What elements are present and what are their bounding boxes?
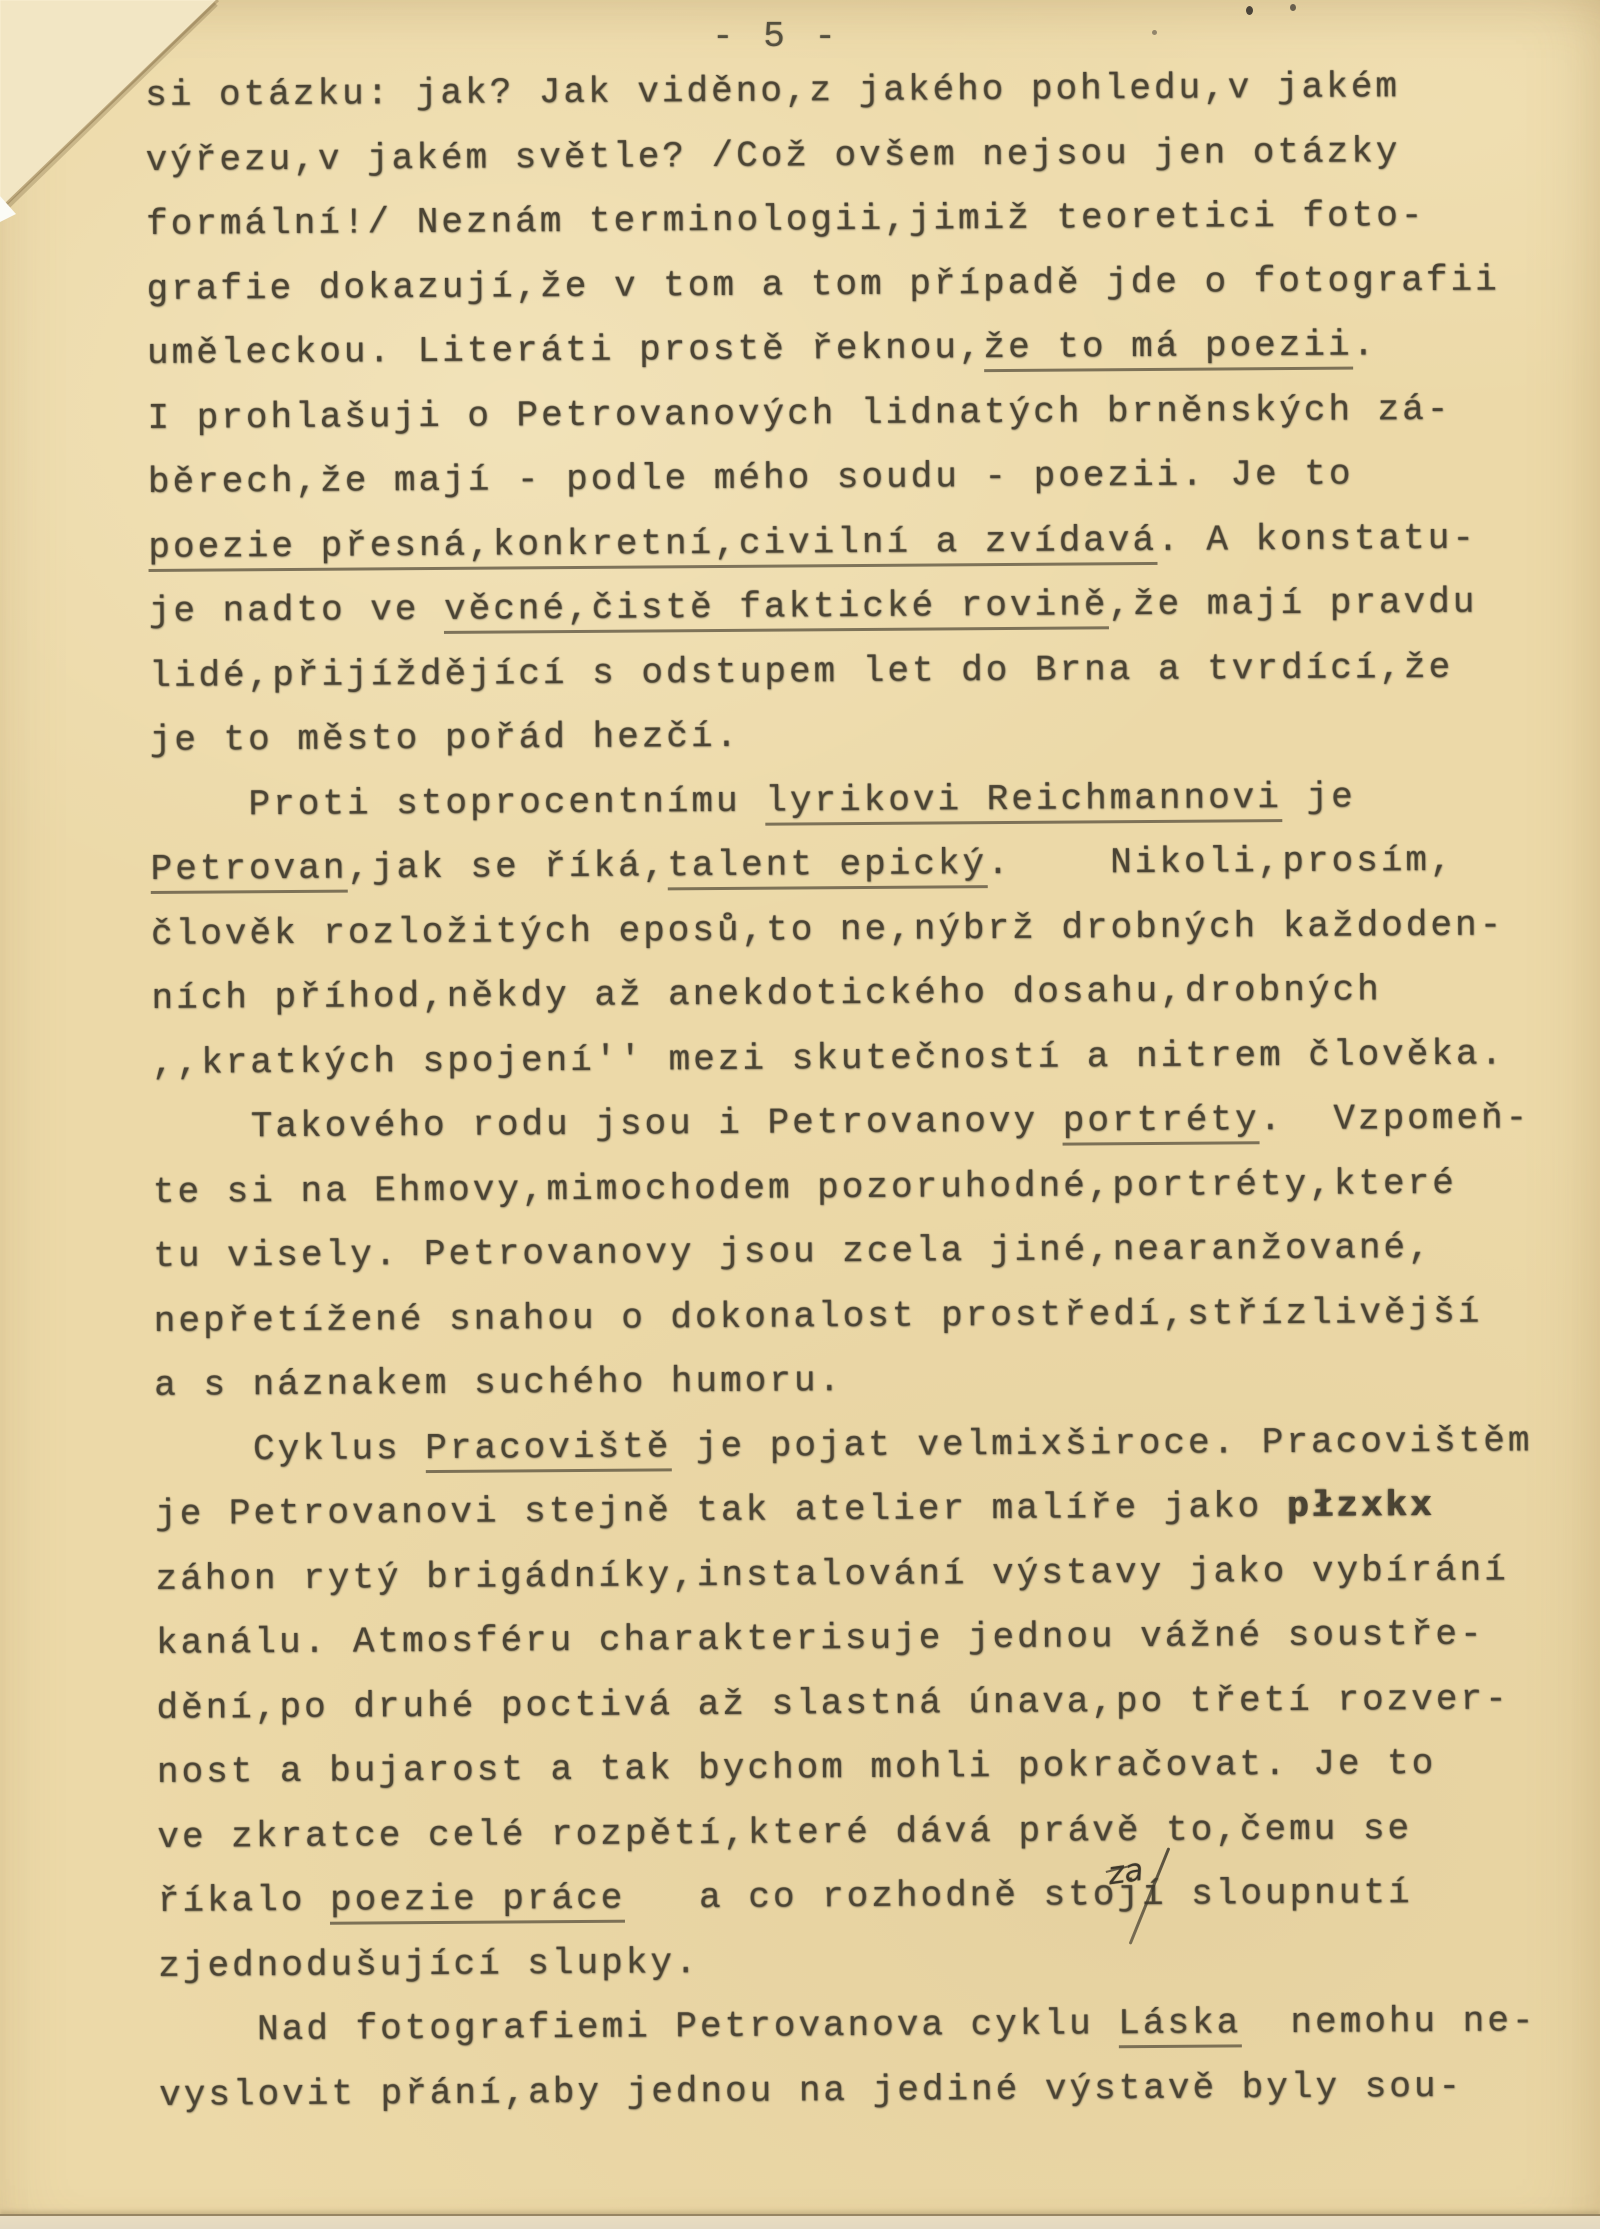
- underlined-phrase: talent epický: [667, 843, 987, 890]
- text-segment: je nadto ve: [149, 589, 445, 632]
- text-segment: nost a bujarost a tak bychom mohli pokra…: [157, 1743, 1437, 1793]
- text-segment: ,jak se říká,: [347, 845, 667, 888]
- text-segment: si otázku: jak? Jak viděno,z jakého pohl…: [145, 66, 1400, 116]
- text-line: Proti stoprocentnímu lyrikovi Reichmanno…: [150, 764, 1528, 838]
- text-line: nost a bujarost a tak bychom mohli pokra…: [157, 1731, 1535, 1805]
- text-line: Nad fotografiemi Petrovanova cyklu Láska…: [159, 1989, 1537, 2063]
- text-line: formální!/ Neznám terminologii,jimiž teo…: [146, 183, 1524, 257]
- underlined-phrase: věcné,čistě faktické rovině: [444, 584, 1109, 634]
- text-segment: běrech,že mají - podle mého soudu - poez…: [148, 454, 1354, 503]
- text-line: je Petrovanovi stejně tak atelier malíře…: [155, 1473, 1533, 1547]
- underlined-phrase: Petrovan: [150, 848, 347, 894]
- text-line: říkalo poezie práce a co rozhodně stojí …: [158, 1860, 1536, 1934]
- text-line: ve zkratce celé rozpětí,které dává právě…: [157, 1796, 1535, 1870]
- text-segment: Takového rodu jsou i Petrovanovy: [152, 1101, 1063, 1148]
- text-segment: člověk rozložitých eposů,to ne,nýbrž dro…: [151, 904, 1504, 954]
- text-segment: zjednodušující slupky.: [158, 1942, 700, 1987]
- text-segment: vyslovit přání,aby jednou na jediné výst…: [159, 2065, 1463, 2115]
- page-number: - 5 -: [712, 16, 840, 57]
- text-line: te si na Ehmovy,mimochodem pozoruhodné,p…: [153, 1151, 1531, 1225]
- text-segment: říkalo: [158, 1880, 331, 1922]
- text-segment: Cyklus: [155, 1428, 426, 1471]
- handwritten-insertion: za: [1096, 1840, 1216, 1960]
- text-segment: nepřetížené snahou o dokonalost prostřed…: [154, 1291, 1483, 1341]
- text-segment: nemohu ne-: [1241, 2000, 1537, 2043]
- text-segment: je pojat velmixširoce. Pracovištěm: [671, 1420, 1532, 1467]
- text-line: a s náznakem suchého humoru.: [154, 1344, 1532, 1418]
- underlined-phrase: že to má poezii: [983, 325, 1352, 373]
- paper-speck: [1152, 30, 1157, 35]
- underlined-phrase: portréty: [1063, 1099, 1260, 1145]
- text-line: zjednodušující slupky.: [158, 1925, 1536, 1999]
- underlined-phrase: poezie práce: [330, 1878, 626, 1925]
- text-line: běrech,že mají - podle mého soudu - poez…: [148, 441, 1526, 515]
- text-segment: kanálu. Atmosféru charakterisuje jednou …: [156, 1614, 1485, 1664]
- overtyped-struck-word: płzxkx: [1287, 1485, 1435, 1527]
- text-segment: I prohlašuji o Petrovanových lidnatých b…: [147, 388, 1451, 438]
- underlined-phrase: poezie přesná,konkretní,civilní a zvídav…: [148, 519, 1157, 571]
- text-segment: .: [1352, 324, 1377, 365]
- text-segment: grafie dokazují,že v tom a tom případě j…: [146, 259, 1499, 309]
- text-segment: výřezu,v jakém světle? /Což ovšem nejsou…: [146, 131, 1401, 181]
- underlying-sheet-edge: [0, 2214, 1600, 2229]
- text-segment: je: [1282, 776, 1356, 818]
- text-segment: . Vzpomeň-: [1259, 1097, 1530, 1140]
- text-segment: formální!/ Neznám terminologii,jimiž teo…: [146, 195, 1426, 245]
- text-line: I prohlašuji o Petrovanových lidnatých b…: [147, 377, 1525, 451]
- text-segment: ,,kratkých spojení'' mezi skutečností a …: [152, 1033, 1505, 1083]
- paper-speck: [1246, 6, 1253, 15]
- text-lines: si otázku: jak? Jak viděno,z jakého pohl…: [145, 54, 1537, 2128]
- text-segment: dění,po druhé poctivá až slastná únava,p…: [156, 1678, 1509, 1728]
- text-segment: ních příhod,někdy až anekdotického dosah…: [151, 969, 1381, 1019]
- text-line: je nadto ve věcné,čistě faktické rovině,…: [149, 570, 1527, 644]
- text-line: dění,po druhé poctivá až slastná únava,p…: [156, 1667, 1534, 1741]
- text-line: uměleckou. Literáti prostě řeknou,že to …: [147, 312, 1525, 386]
- text-segment: záhon rytý brigádníky,instalování výstav…: [155, 1549, 1508, 1599]
- text-line: nepřetížené snahou o dokonalost prostřed…: [154, 1280, 1532, 1354]
- insertion-text: za: [1106, 1852, 1146, 1893]
- text-segment: uměleckou. Literáti prostě řeknou,: [147, 327, 984, 374]
- text-line: záhon rytý brigádníky,instalování výstav…: [155, 1538, 1533, 1612]
- text-segment: tu visely. Petrovanovy jsou zcela jiné,n…: [153, 1227, 1433, 1277]
- underlined-phrase: Láska: [1118, 2002, 1241, 2048]
- text-line: ,,kratkých spojení'' mezi skutečností a …: [152, 1022, 1530, 1096]
- text-segment: . Nikoli,prosím,: [987, 840, 1455, 884]
- text-line: kanálu. Atmosféru charakterisuje jednou …: [156, 1602, 1534, 1676]
- underlined-phrase: Pracoviště: [425, 1426, 671, 1473]
- text-segment: a s náznakem suchého humoru.: [154, 1360, 843, 1406]
- text-segment: je Petrovanovi stejně tak atelier malíře…: [155, 1486, 1287, 1535]
- text-line: lidé,přijíždějící s odstupem let do Brna…: [149, 635, 1527, 709]
- text-segment: Nad fotografiemi Petrovanova cyklu: [159, 2003, 1119, 2051]
- text-line: výřezu,v jakém světle? /Což ovšem nejsou…: [145, 119, 1523, 193]
- paper-speck: [1290, 4, 1296, 11]
- text-line: poezie přesná,konkretní,civilní a zvídav…: [148, 506, 1526, 580]
- text-segment: ve zkratce celé rozpětí,které dává právě…: [157, 1808, 1412, 1858]
- text-line: si otázku: jak? Jak viděno,z jakého pohl…: [145, 54, 1523, 128]
- text-segment: . A konstatu-: [1157, 517, 1477, 560]
- document-page: - 5 - si otázku: jak? Jak viděno,z jakéh…: [0, 0, 1600, 2229]
- text-line: je to město pořád hezčí.: [150, 699, 1528, 773]
- text-segment: sloupnutí: [1191, 1872, 1413, 1915]
- underlined-phrase: lyrikovi Reichmannovi: [765, 777, 1282, 826]
- text-line: vyslovit přání,aby jednou na jediné výst…: [159, 2054, 1537, 2128]
- text-line: ních příhod,někdy až anekdotického dosah…: [151, 957, 1529, 1031]
- text-segment: te si na Ehmovy,mimochodem pozoruhodné,p…: [153, 1162, 1457, 1212]
- text-line: grafie dokazují,že v tom a tom případě j…: [146, 248, 1524, 322]
- text-segment: Proti stoprocentnímu: [150, 780, 765, 825]
- text-segment: je to město pořád hezčí.: [150, 716, 741, 761]
- text-line: člověk rozložitých eposů,to ne,nýbrž dro…: [151, 893, 1529, 967]
- text-segment: ,že mají pravdu: [1108, 582, 1477, 626]
- text-line: Petrovan,jak se říká,talent epický. Niko…: [150, 828, 1528, 902]
- text-segment: lidé,přijíždějící s odstupem let do Brna…: [149, 646, 1453, 696]
- text-line: Takového rodu jsou i Petrovanovy portrét…: [152, 1086, 1530, 1160]
- text-line: Cyklus Pracoviště je pojat velmixširoce.…: [154, 1409, 1532, 1483]
- text-line: tu visely. Petrovanovy jsou zcela jiné,n…: [153, 1215, 1531, 1289]
